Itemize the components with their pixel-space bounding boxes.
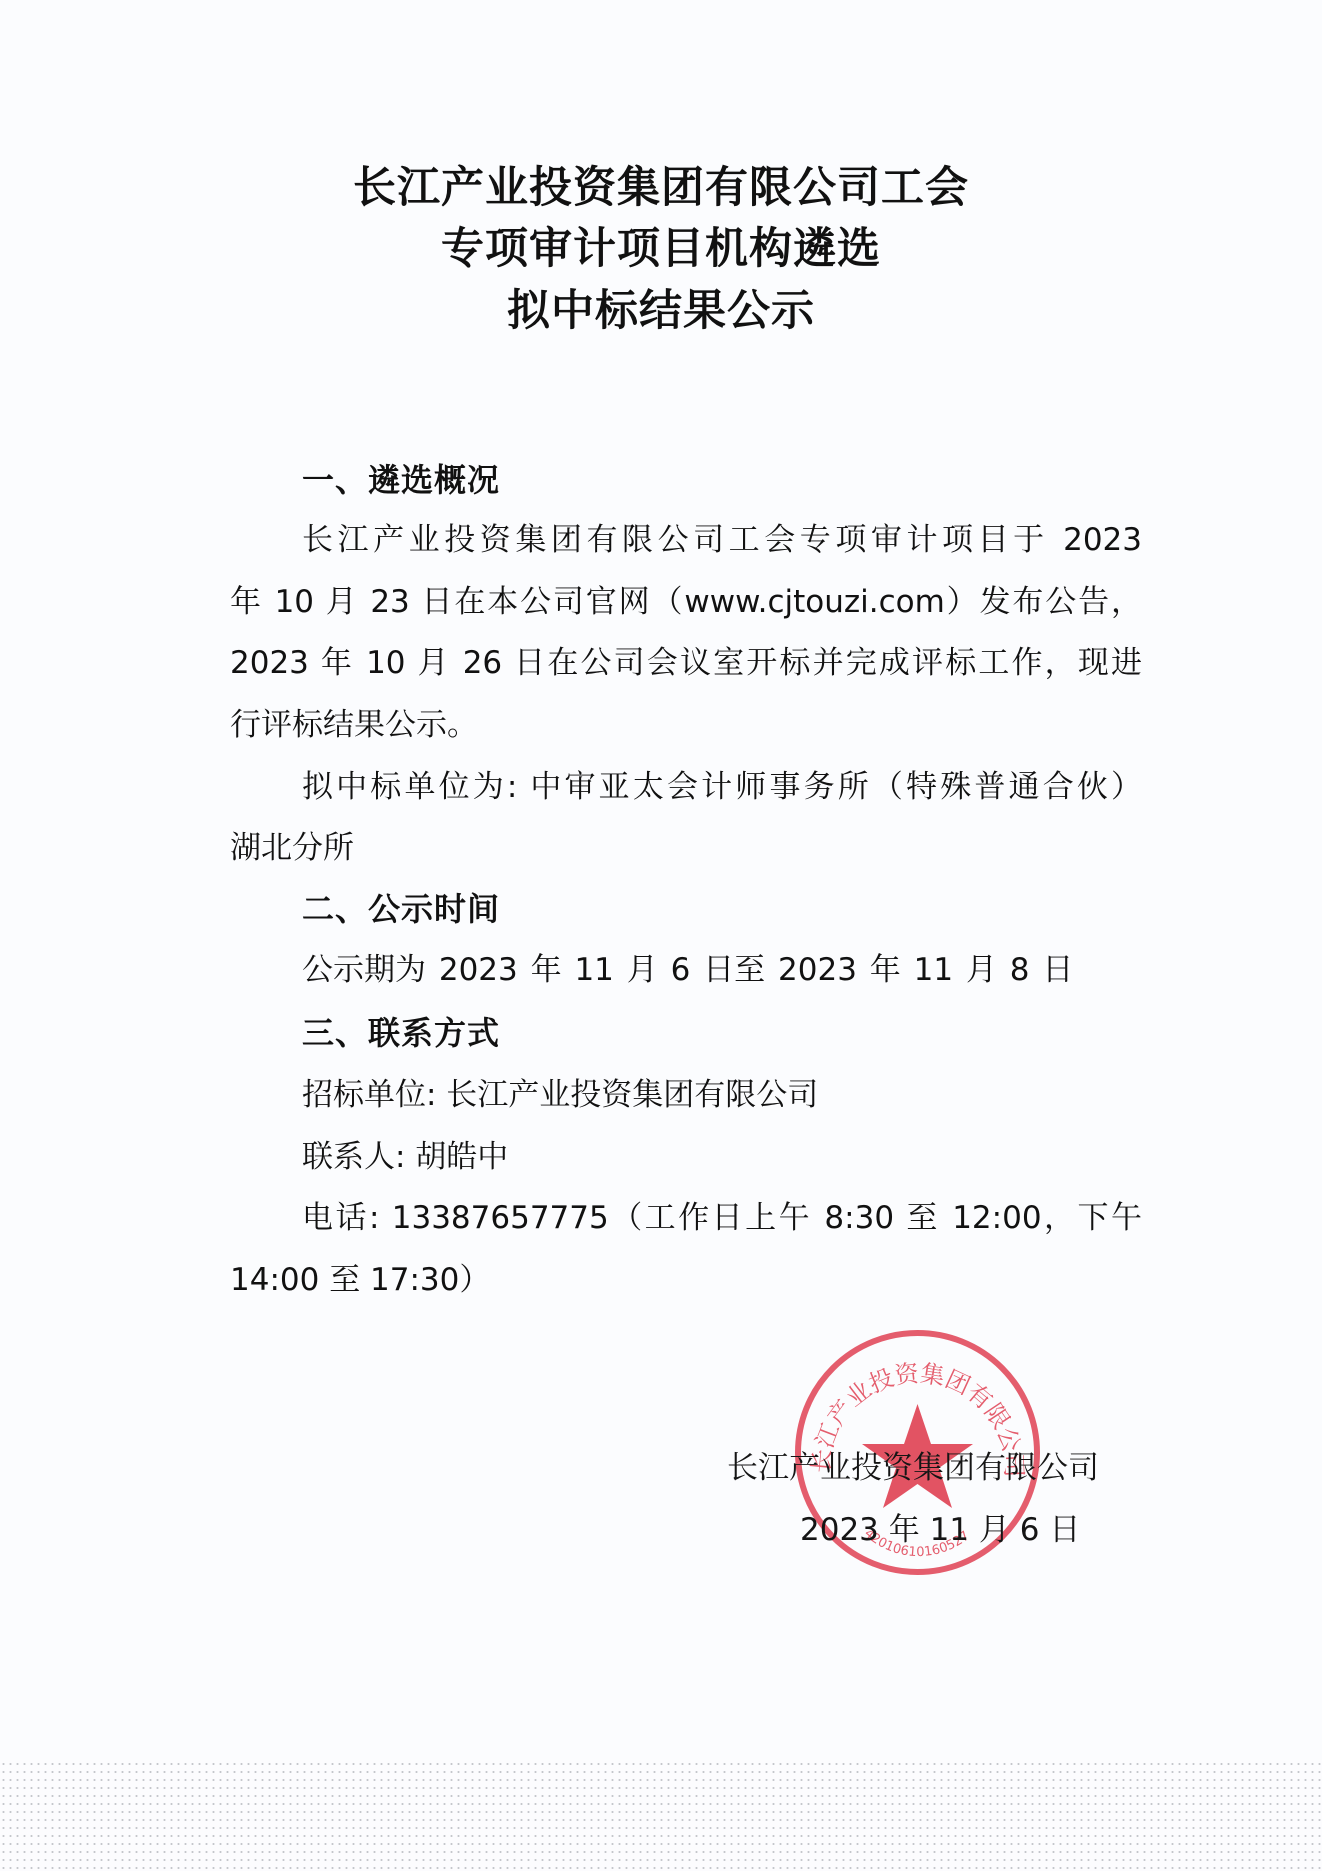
document-page: 长江产业投资集团有限公司工会 专项审计项目机构遴选 拟中标结果公示 一、遴选概况… [0,0,1322,1760]
body-line: 长江产业投资集团有限公司工会专项审计项目于 2023 [302,525,1142,556]
body-line: 2023 年 10 月 26 日在公司会议室开标并完成评标工作，现进 [230,648,1142,679]
winning-bidder-line: 湖北分所 [230,833,354,864]
section-heading-2: 二、公示时间 [302,893,500,925]
title-line-2: 专项审计项目机构遴选 [0,228,1322,271]
signature-organization: 长江产业投资集团有限公司 [727,1453,1099,1484]
signature-date: 2023 年 11 月 6 日 [800,1515,1080,1546]
title-line-1: 长江产业投资集团有限公司工会 [0,167,1322,210]
scan-dot-pattern [0,1760,1322,1871]
tendering-unit: 招标单位: 长江产业投资集团有限公司 [302,1080,818,1111]
phone-line: 电话: 13387657775（工作日上午 8:30 至 12:00，下午 [302,1203,1142,1234]
winning-bidder-line: 拟中标单位为: 中审亚太会计师事务所（特殊普通合伙） [302,772,1142,803]
phone-line: 14:00 至 17:30） [230,1265,490,1296]
contact-person: 联系人: 胡皓中 [302,1142,508,1173]
section-heading-1: 一、遴选概况 [302,464,500,496]
body-line: 行评标结果公示。 [230,710,478,741]
body-line: 年 10 月 23 日在本公司官网（www.cjtouzi.com）发布公告， [230,587,1142,618]
title-line-3: 拟中标结果公示 [0,290,1322,333]
section-heading-3: 三、联系方式 [302,1017,500,1049]
publicity-period: 公示期为 2023 年 11 月 6 日至 2023 年 11 月 8 日 [302,955,1073,986]
